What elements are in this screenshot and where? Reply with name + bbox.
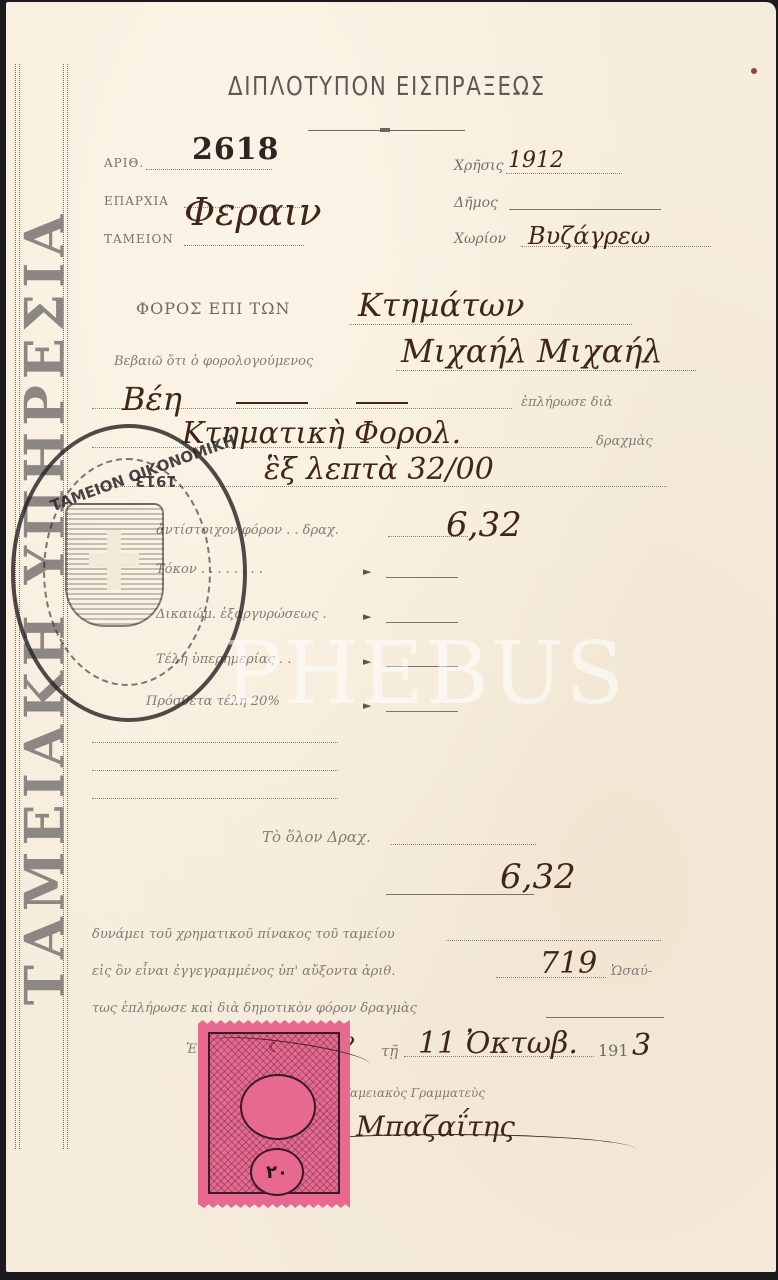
total-value: 6,32 xyxy=(500,857,576,897)
fiscal-year-label: Χρῆσις xyxy=(454,158,503,174)
treasury-label: ΤΑΜΕΙΟΝ xyxy=(104,232,174,246)
stamp-medallion xyxy=(240,1074,316,1140)
tax-on-line xyxy=(349,324,632,325)
fiscal-year-value: 1912 xyxy=(508,148,564,173)
certify-label: Βεβαιῶ ὅτι ὁ φορολογούμενος xyxy=(114,354,313,369)
taxpayer-line-2-value: Βέη xyxy=(122,380,182,418)
blank-line-2 xyxy=(92,770,338,771)
number-label: ΑΡΙΘ. xyxy=(104,156,144,170)
receipt-number: 2618 xyxy=(192,132,280,167)
footer-line-2-end: Ὡσαύ- xyxy=(611,964,652,979)
line-item-line-2 xyxy=(386,622,458,623)
paper-speck xyxy=(751,68,757,74)
fiscal-year-line xyxy=(506,173,622,174)
blank-line-3 xyxy=(92,798,338,799)
taxpayer-line xyxy=(396,370,696,371)
date-year-prefix: 191 xyxy=(598,1041,629,1060)
tax-on-label: ΦΟΡΟΣ ΕΠΙ ΤΩΝ xyxy=(136,299,291,318)
municipal-tax-line xyxy=(546,1017,664,1018)
drachmas-label: δραχμὰς xyxy=(596,434,653,449)
amount-words-value: ἓξ λεπτὰ 32/00 xyxy=(264,452,494,487)
footer-line-1: δυνάμει τοῦ χρηματικοῦ πίνακος τοῦ ταμεί… xyxy=(92,927,395,942)
total-dotline xyxy=(391,844,536,845)
municipality-label: Δῆμος xyxy=(454,195,498,211)
cross-horizontal xyxy=(89,553,139,567)
footer-line-1-blank xyxy=(446,940,661,941)
receipt-paper: ΤΑΜΕΙΑΚΗ ΥΠΗΡΕΣΙΑ ΔΙΠΛΟΤΥΠΟΝ ΕΙΣΠΡΑΞΕΩΣ … xyxy=(6,2,776,1272)
stamp-value: ٢٠ xyxy=(250,1148,304,1196)
blank-line-1 xyxy=(92,742,338,743)
village-label: Χωρίον xyxy=(454,231,506,247)
footer-line-3: τως ἐπλήρωσε καὶ διὰ δημοτικὸν φόρον δρα… xyxy=(92,1001,417,1016)
municipality-line xyxy=(509,209,661,210)
total-label: Τὸ ὅλον Δραχ. xyxy=(262,828,371,846)
date-year-suffix: 3 xyxy=(632,1028,651,1063)
dash-stroke-1 xyxy=(236,402,308,404)
arrow-icon: ► xyxy=(363,610,371,623)
treasury-line xyxy=(184,245,304,246)
dash-stroke-2 xyxy=(356,402,408,404)
village-value: Βυζάγρεω xyxy=(528,222,650,250)
footer-line-2: εἰς ὃν εἶναι ἐγγεγραμμένος ὑπ' αὔξοντα ἀ… xyxy=(92,964,395,979)
line-item-line-1 xyxy=(386,577,458,578)
number-line xyxy=(146,169,272,170)
line-item-value-0: 6,32 xyxy=(446,505,522,545)
province-label: ΕΠΑΡΧΙΑ xyxy=(104,194,169,208)
taxpayer-name: Μιχαήλ Μιχαήλ xyxy=(401,332,663,370)
official-seal: ΤΑΜΕΙΟΝ ΟΙΚΟΝΟΜΙΚΗ 1913 xyxy=(11,424,247,722)
date-day-value: 11 Ὀκτωβ. xyxy=(418,1026,578,1061)
paid-for-label: ἐπλήρωσε διὰ xyxy=(521,395,612,410)
date-day-label: τῇ xyxy=(381,1042,398,1060)
title-rule-ornament xyxy=(380,128,390,132)
signature-role: Ταμειακὸς Γραμματεὺς xyxy=(342,1086,485,1100)
watermark: PHEBUS xyxy=(224,624,626,724)
arrow-icon: ► xyxy=(363,565,371,578)
seal-year: 1913 xyxy=(135,472,177,490)
treasury-value: Φεραιν xyxy=(184,190,322,234)
tax-on-value: Κτημάτων xyxy=(358,286,524,324)
document-title: ΔΙΠΛΟΤΥΠΟΝ ΕΙΣΠΡΑΞΕΩΣ xyxy=(228,72,546,102)
serial-value: 719 xyxy=(540,946,597,981)
coat-of-arms-icon xyxy=(65,503,164,627)
